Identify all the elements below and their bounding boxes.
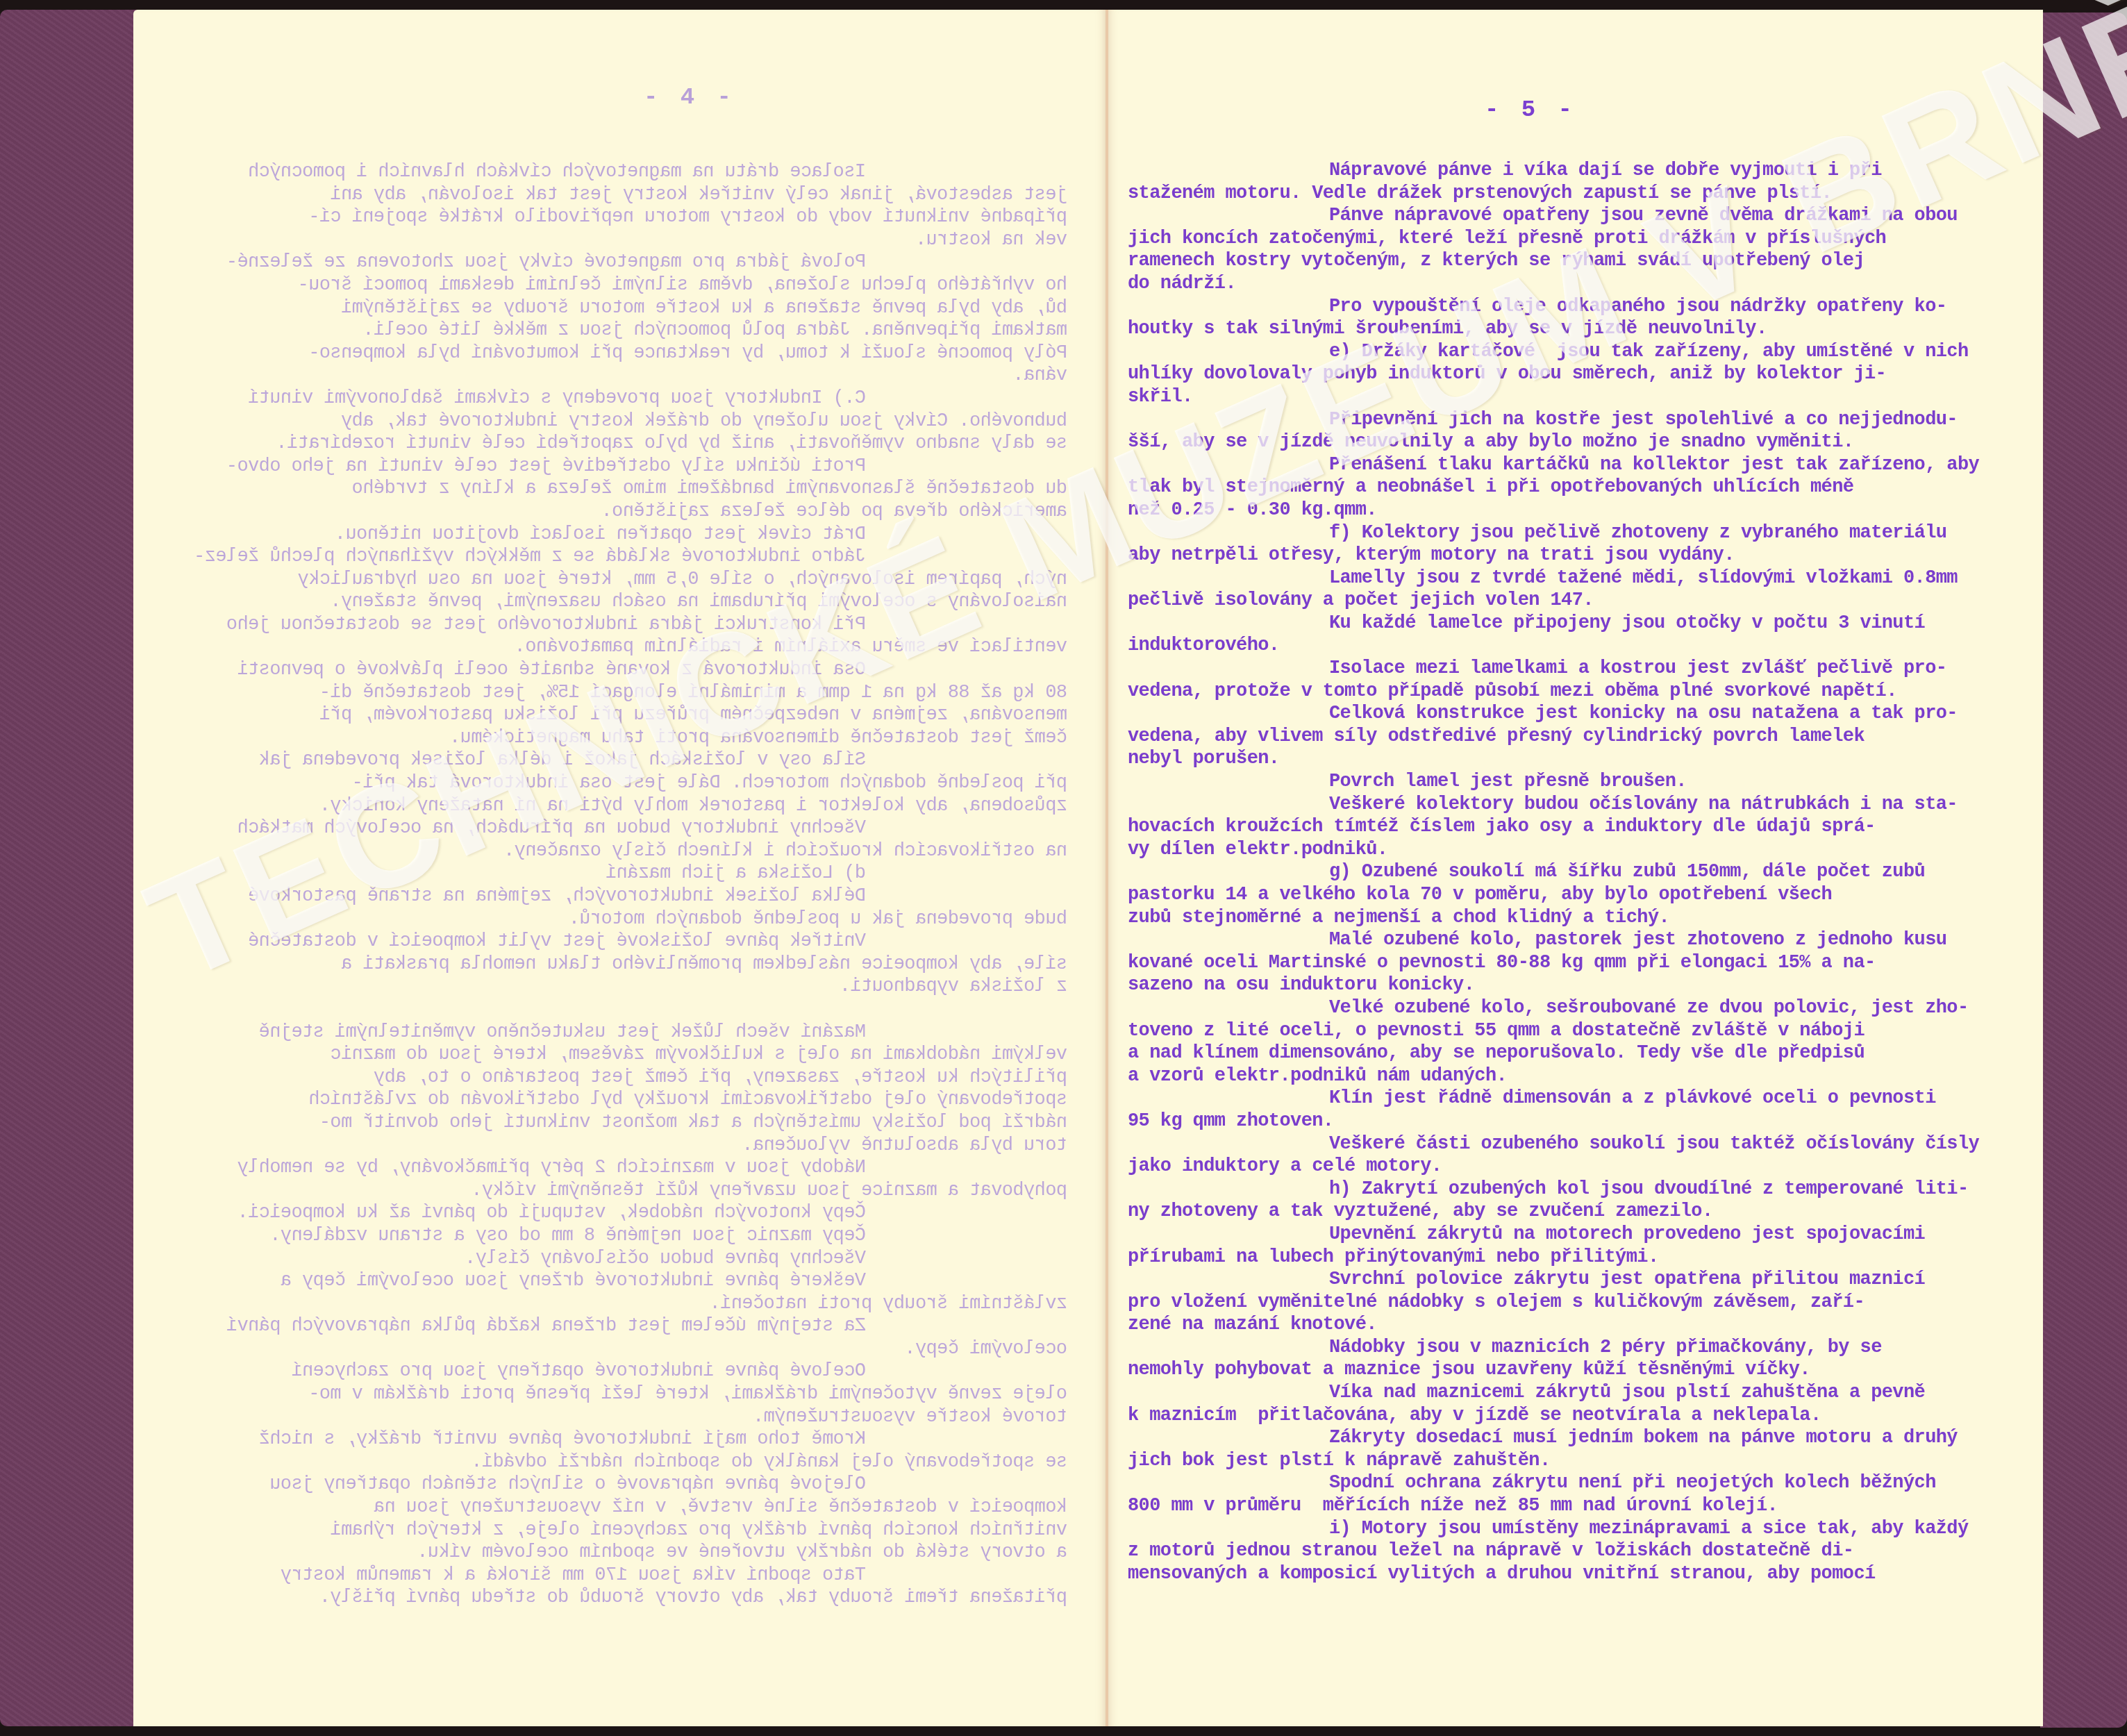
left_page-line: zvláštními šrouby proti natočení. xyxy=(172,1293,1067,1316)
left_page-line: Za stejným účelem jest držena každá půlk… xyxy=(172,1315,1067,1338)
left_page-line: způsobena, aby kolektor i pastorek mohly… xyxy=(172,795,1067,818)
left_page-line: a otvory stéká do nádržky utvořené ve sp… xyxy=(172,1542,1067,1564)
left_page-line: Čepy maznic jsou nejméně 8 mm od osy a s… xyxy=(172,1225,1067,1248)
right_page-line: zubů stejnoměrné a nejmenší a chod klidn… xyxy=(1128,907,1979,930)
left_page-line: Ocelové pánve induktorové opatřeny jsou … xyxy=(172,1360,1067,1383)
left_page-line: naisolovány s ocelovými přírubami na osá… xyxy=(172,591,1067,614)
left_page-line: Proti účinku síly odstředivé jest celé v… xyxy=(172,456,1067,478)
right_page-line: než 0.25 - 0.30 kg.qmm. xyxy=(1128,499,1979,522)
left_page-line: síle, aby kompoeice následkem proměnlivé… xyxy=(172,953,1067,976)
right_page-line: Ku každé lamelce připojeny jsou otočky v… xyxy=(1128,612,1979,635)
left_page-line: Délka ložisek induktorových, zejména na … xyxy=(172,885,1067,908)
right_page-line: jako induktory a celé motory. xyxy=(1128,1155,1979,1178)
right_page-line: Lamelly jsou z tvrdé tažené mědi, slídov… xyxy=(1128,567,1979,590)
left_page-line: Drát cívek jest opatřen isolací dvojitou… xyxy=(172,524,1067,546)
right_page-line: tlak byl stejnoměrný a neobnášel i při o… xyxy=(1128,476,1979,499)
left_page-line: případné vniknutí vody do kostry motoru … xyxy=(172,206,1067,229)
right_page-line: kované oceli Martinské o pevnosti 80-88 … xyxy=(1128,952,1979,975)
right_page-line: h) Zakrytí ozubených kol jsou dvoudílné … xyxy=(1128,1178,1979,1201)
left_page-line: Mazání všech lůžek jest uskutečněno vymě… xyxy=(172,1021,1067,1044)
right_page-line: přírubami na lubech přinýtovanými nebo p… xyxy=(1128,1246,1979,1269)
right_page-line: g) Ozubené soukolí má šířku zubů 150mm, … xyxy=(1128,861,1979,884)
left_page-line: kompoeicí v dostatečně silné vrstvě, v n… xyxy=(172,1496,1067,1519)
right-page-text: Nápravové pánve i víka dají se dobře vyj… xyxy=(1128,160,1979,1585)
right_page-line: jich koncích zatočenými, které leží přes… xyxy=(1128,228,1979,251)
right_page-line: Přenášení tlaku kartáčků na kollektor je… xyxy=(1128,454,1979,477)
left_page-line: bude provedena jak u posledně dodaných m… xyxy=(172,908,1067,931)
right_page-line: ny zhotoveny a tak vyztužené, aby se zvu… xyxy=(1128,1201,1979,1224)
left_page-line: d) Ložiska a jich mazání xyxy=(172,862,1067,885)
left_page-line: vána. xyxy=(172,365,1067,387)
right_page-line: vy dílen elektr.podniků. xyxy=(1128,839,1979,862)
right_page-line: pečlivě isolovány a počet jejich volen 1… xyxy=(1128,590,1979,612)
left_page-line: ventilací ve směru axiálním i radiálním … xyxy=(172,636,1067,659)
page-number-left: - 4 - xyxy=(644,85,735,111)
right-page: - 5 - Nápravové pánve i víka dají se dob… xyxy=(1106,10,2043,1726)
right_page-line: Isolace mezi lamelkami a kostrou jest zv… xyxy=(1128,658,1979,681)
right_page-line: e) Držáky kartáčové jsou tak zařízeny, a… xyxy=(1128,341,1979,364)
left_page-line: matkami připevněna. Jádra polů pomocných… xyxy=(172,319,1067,342)
right_page-line: Nápravové pánve i víka dají se dobře vyj… xyxy=(1128,160,1979,183)
right_page-line: k maznicím přitlačována, aby v jízdě se … xyxy=(1128,1405,1979,1428)
left_page-line: Síla osy v ložiskách jakož i délka ložis… xyxy=(172,749,1067,772)
right_page-line: Malé ozubené kolo, pastorek jest zhotove… xyxy=(1128,929,1979,952)
left_page-line: při posledně dodaných motorech. Dále jes… xyxy=(172,772,1067,795)
left_page-line: Olejové pánve nápravové o silných stěnác… xyxy=(172,1474,1067,1496)
right_page-line: uhlíky dovolovaly pohyb induktorů v obou… xyxy=(1128,363,1979,386)
left_page-line: Jádro induktorové skládá se z měkkých vy… xyxy=(172,546,1067,569)
right_page-line: vedena, protože v tomto případě působí m… xyxy=(1128,681,1979,703)
right_page-line: Připevnění jich na kostře jest spolehliv… xyxy=(1128,409,1979,432)
left_page-line: ocelovými čepy. xyxy=(172,1338,1067,1361)
left_page-line: Při konstrukci jádra induktorového jest … xyxy=(172,614,1067,637)
left_page-line: bubnového. Cívky jsou uloženy do drážek … xyxy=(172,410,1067,433)
right_page-line: jich bok jest plstí k nápravě zahuštěn. xyxy=(1128,1450,1979,1473)
left_page-line: Čepy knotových nádobek, vstupují do pánv… xyxy=(172,1202,1067,1225)
right_page-line: skřil. xyxy=(1128,386,1979,409)
left_page-line: jest asbestová, jinak celý vnitřek kostr… xyxy=(172,184,1067,207)
right_page-line: Upevnění zákrytů na motorech provedeno j… xyxy=(1128,1224,1979,1246)
left_page-line: Osa induktorová z kované sdnaité oceli p… xyxy=(172,659,1067,682)
right_page-line: Klín jest řádně dimensován a z plávkové … xyxy=(1128,1087,1979,1110)
right_page-line: ramenech kostry vytočeným, z kterých se … xyxy=(1128,250,1979,273)
left_page-line: torové kostře vysoustruženým. xyxy=(172,1406,1067,1429)
left_page-line: ho vyhřátého plechu složena, dvěma silný… xyxy=(172,274,1067,297)
left_page-line: vek na kostru. xyxy=(172,229,1067,252)
right_page-line: nemohly pohybovat a maznice jsou uzavřen… xyxy=(1128,1359,1979,1382)
left_page-line: pohybovat a maznice jsou uzavřeny kůží t… xyxy=(172,1180,1067,1203)
right_page-line: 95 kg qmm zhotoven. xyxy=(1128,1110,1979,1133)
right_page-line: nebyl porušen. xyxy=(1128,748,1979,771)
right_page-line: Celková konstrukce jest konicky na osu n… xyxy=(1128,703,1979,726)
left_page-line: Vnitřek pánve ložiskové jest vylit kompo… xyxy=(172,930,1067,953)
right_page-line: Veškeré části ozubeného soukolí jsou tak… xyxy=(1128,1133,1979,1156)
right_page-line: Nádobky jsou v maznicích 2 péry přimačko… xyxy=(1128,1337,1979,1360)
right_page-line: pro vložení vyměnitelné nádobky s olejem… xyxy=(1128,1292,1979,1314)
right_page-line: šší, aby se v jízdě neuvolnily a aby byl… xyxy=(1128,431,1979,454)
left_page-line: C.) Induktory jsou provedeny s cívkami š… xyxy=(172,387,1067,410)
left_page-line: Nádoby jsou v maznicích 2 péry přimačkov… xyxy=(172,1157,1067,1180)
left_page-line: Tato spodní víka jsou 170 mm široká a k … xyxy=(172,1564,1067,1587)
left_page-line: spotřebovaný olej odstřikovacími kroužky… xyxy=(172,1089,1067,1112)
right_page-line: i) Motory jsou umístěny mezinápravami a … xyxy=(1128,1518,1979,1541)
right_page-line: vedena, aby vlivem síly odstředivé přesn… xyxy=(1128,726,1979,749)
left_page-line xyxy=(172,999,1067,1021)
left_page-line: ných, papírem isolovaných, o síle 0,5 mm… xyxy=(172,569,1067,592)
left_page-line: přilitých ku kostře, zasazeny, při čemž … xyxy=(172,1067,1067,1090)
left_page-line: vnitřních koncích pánví drážky pro zachy… xyxy=(172,1519,1067,1542)
right_page-line: staženém motoru. Vedle drážek prstenovýc… xyxy=(1128,183,1979,206)
right_page-line: do nádrží. xyxy=(1128,273,1979,296)
left_page-line: Všechny induktory budou na přírubách, na… xyxy=(172,817,1067,840)
left_page-line: Isolace drátu na magnetových cívkách hla… xyxy=(172,161,1067,184)
left_page-line: du dostatečně šlasnovanými bandážemi mim… xyxy=(172,478,1067,501)
right_page-line: a vzorů elektr.podniků nám udaných. xyxy=(1128,1065,1979,1088)
right_page-line: mensovaných a komposicí vylitých a druho… xyxy=(1128,1563,1979,1586)
right_page-line: zené na mazání knotové. xyxy=(1128,1314,1979,1337)
left_page-line: Póly pomocné slouží k tomu, by reaktance… xyxy=(172,342,1067,365)
left_page-line: čemž jest dostatečně dimensována proti t… xyxy=(172,727,1067,750)
left_page-line: se spotřebovaný olej kanálky do spodních… xyxy=(172,1451,1067,1474)
left_page-line: mensována, zejména v nebezpečném průřezu… xyxy=(172,704,1067,727)
left_page-line: nádrží pod ložisky umístěných a tak možn… xyxy=(172,1112,1067,1135)
left_page-line: z ložiska vypadnouti. xyxy=(172,976,1067,999)
right_page-line: z motorů jednou stranou ležel na nápravě… xyxy=(1128,1540,1979,1563)
left_page-line: amerického dřeva po délce železa zajiště… xyxy=(172,501,1067,524)
right_page-line: Pro vypouštění oleje odkapaného jsou nád… xyxy=(1128,296,1979,319)
right_page-line: pastorku 14 a velkého kola 70 v poměru, … xyxy=(1128,884,1979,907)
right_page-line: Svrchní polovice zákrytu jest opatřena p… xyxy=(1128,1269,1979,1292)
book-cover-left xyxy=(0,10,139,1726)
right_page-line: hovacích kroužcích tímtéž číslem jako os… xyxy=(1128,816,1979,839)
right_page-line: toveno z lité oceli, o pevnosti 55 qmm a… xyxy=(1128,1020,1979,1043)
left_page-line: 80 kg až 88 kg na 1 qmm a minimální elon… xyxy=(172,682,1067,705)
right_page-line: 800 mm v průměru měřících níže než 85 mm… xyxy=(1128,1495,1979,1518)
right_page-line: houtky s tak silnými šroubeními, aby se … xyxy=(1128,318,1979,341)
right_page-line: sazeno na osu induktoru konicky. xyxy=(1128,974,1979,997)
book-cover-right xyxy=(2040,12,2127,1728)
left-page-mirrored-text: Isolace drátu na magnetových cívkách hla… xyxy=(172,161,1067,1610)
left-page: - 4 - Isolace drátu na magnetových cívká… xyxy=(133,10,1106,1726)
left_page-line: Veškeré pánve induktorové drženy jsou oc… xyxy=(172,1270,1067,1293)
left_page-line: bů, aby byla pevně stažena a ku kostře m… xyxy=(172,297,1067,320)
right_page-line: a nad klínem dimensováno, aby se neporuš… xyxy=(1128,1042,1979,1065)
page-number-right: - 5 - xyxy=(1485,97,1576,124)
right_page-line: Povrch lamel jest přesně broušen. xyxy=(1128,771,1979,794)
right_page-line: induktorového. xyxy=(1128,635,1979,658)
left_page-line: se daly snadno vyměňovati, aniž by bylo … xyxy=(172,433,1067,456)
left_page-line: na ostřikovacích kroužcích i klínech čís… xyxy=(172,840,1067,863)
right_page-line: Zákryty dosedací musí jedním bokem na pá… xyxy=(1128,1427,1979,1450)
right_page-line: Pánve nápravové opatřeny jsou zevně dvěm… xyxy=(1128,205,1979,228)
right_page-line: f) Kolektory jsou pečlivě zhotoveny z vy… xyxy=(1128,522,1979,545)
left_page-line: velkými nádobkami na olej s kuličkovým z… xyxy=(172,1044,1067,1067)
right_page-line: Velké ozubené kolo, sešroubované ze dvou… xyxy=(1128,997,1979,1020)
right_page-line: Veškeré kolektory budou očíslovány na ná… xyxy=(1128,794,1979,817)
left_page-line: Kromě toho mají induktorové pánve uvnitř… xyxy=(172,1428,1067,1451)
right_page-line: aby netrpěli otřesy, kterým motory na tr… xyxy=(1128,544,1979,567)
left_page-line: Polová jádra pro magnetové cívky jsou zh… xyxy=(172,251,1067,274)
right_page-line: Spodní ochrana zákrytu není při neojetýc… xyxy=(1128,1472,1979,1495)
left_page-line: toru byla absolutně vyloučena. xyxy=(172,1135,1067,1158)
left_page-line: oleje zevně vytočenými drážkami, které l… xyxy=(172,1383,1067,1406)
left_page-line: Všechny pánve budou očíslovány čísly. xyxy=(172,1248,1067,1271)
left_page-line: přitažena třemi šrouby tak, aby otvory š… xyxy=(172,1587,1067,1610)
right_page-line: Víka nad maznicemi zákrytů jsou plstí za… xyxy=(1128,1382,1979,1405)
